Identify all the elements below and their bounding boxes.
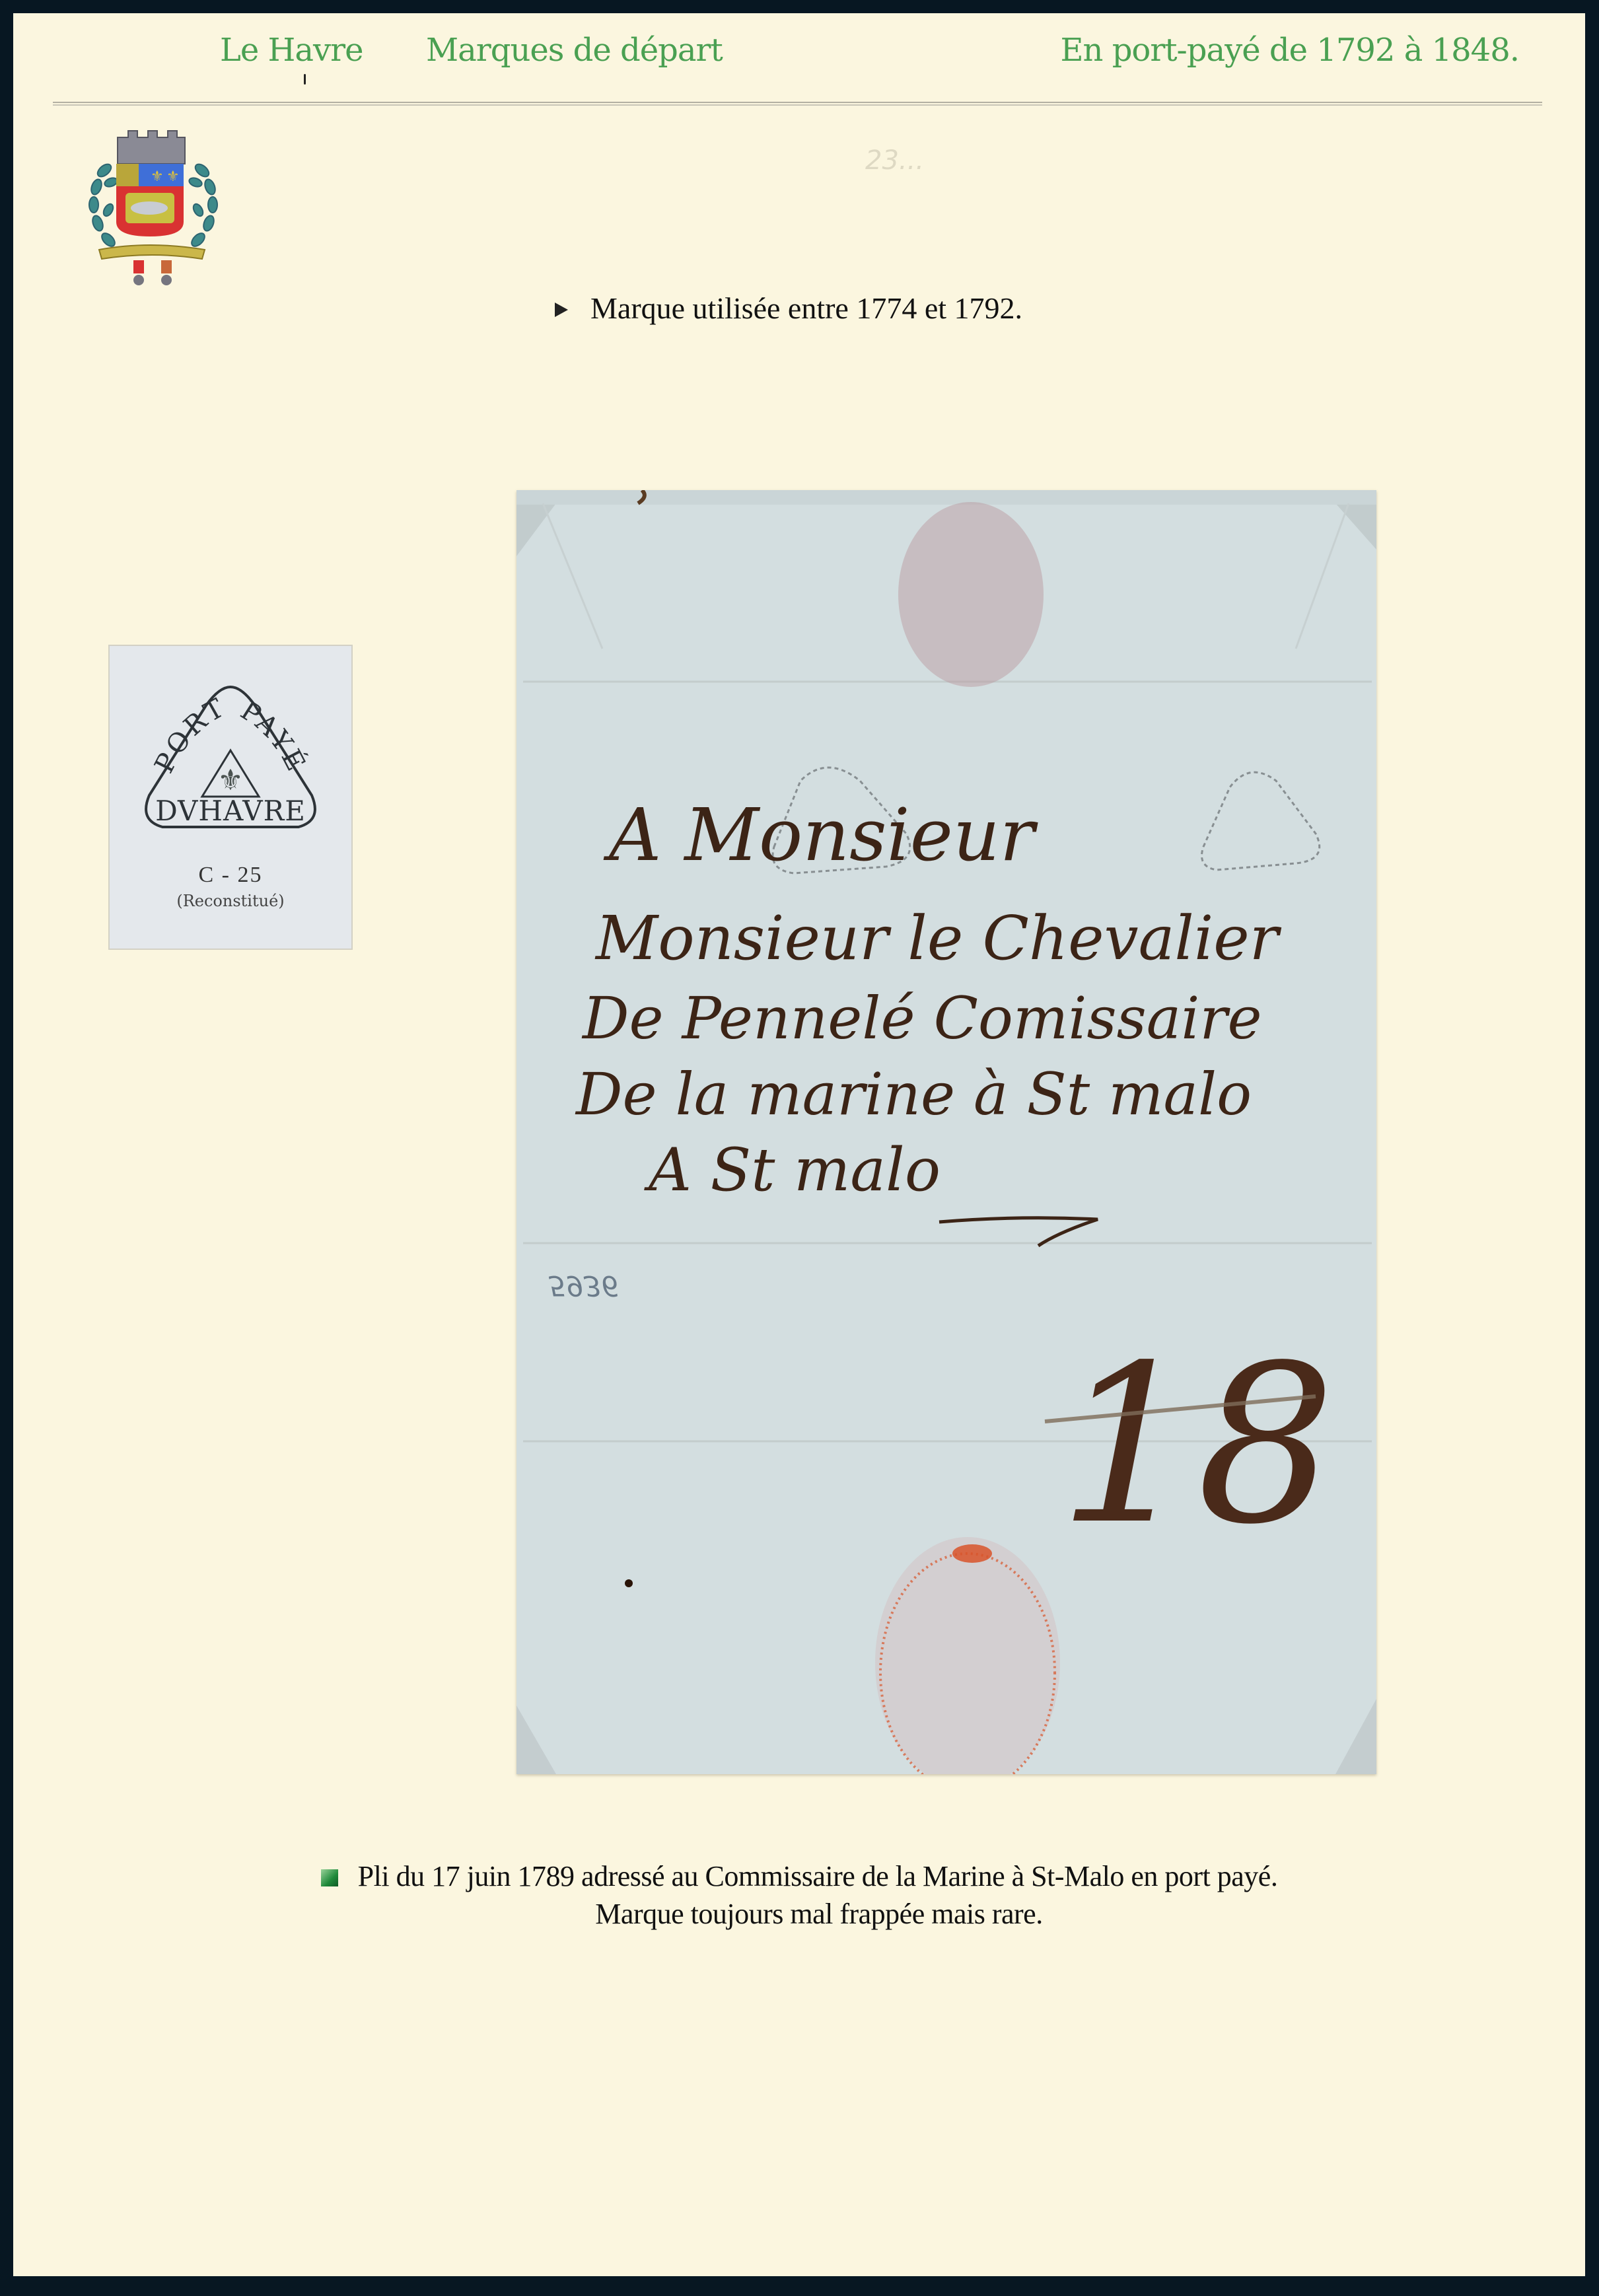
green-square-bullet-icon — [321, 1869, 338, 1886]
header-divider — [53, 102, 1542, 106]
stamp-catalog-code: C - 25 — [110, 863, 351, 888]
header-period: En port-payé de 1792 à 1848. — [1060, 32, 1519, 69]
wax-seal-top — [898, 502, 1044, 687]
svg-text:⚜: ⚜ — [166, 168, 180, 184]
svg-text:De la marine à St malo: De la marine à St malo — [575, 1060, 1252, 1128]
header-city: Le Havre — [220, 32, 363, 69]
svg-text:A St malo: A St malo — [644, 1135, 941, 1205]
svg-text:DVHAVRE: DVHAVRE — [155, 795, 306, 827]
svg-text:Monsieur le Chevalier: Monsieur le Chevalier — [594, 903, 1282, 974]
pencil-inventory-number: 5936 — [548, 1270, 619, 1302]
le-havre-coat-of-arms-icon: ⚜ ⚜ — [77, 124, 229, 289]
intro-line: Marque utilisée entre 1774 et 1792. — [555, 291, 1022, 326]
stamp-note: (Reconstitué) — [110, 892, 351, 910]
header-section: Marques de départ — [426, 32, 723, 69]
cover-letter-image: A Monsieur Monsieur le Chevalier De Penn… — [516, 490, 1376, 1774]
pencil-annotation: 23... — [865, 145, 924, 176]
svg-text:⚜: ⚜ — [217, 764, 243, 797]
arrow-bullet-icon — [555, 303, 568, 317]
port-paye-stamp-icon: ⚜ PORT PAYÉ DVHAVRE — [136, 679, 325, 857]
caption-line-2: Marque toujours mal frappée mais rare. — [13, 1897, 1585, 1931]
cover-caption: Pli du 17 juin 1789 adressé au Commissai… — [13, 1859, 1585, 1931]
svg-text:A Monsieur: A Monsieur — [603, 793, 1039, 877]
caption-line-1: Pli du 17 juin 1789 adressé au Commissai… — [358, 1859, 1278, 1893]
album-page: Le Havre Marques de départ En port-payé … — [13, 13, 1585, 2276]
stamp-reference-card: ⚜ PORT PAYÉ DVHAVRE C - 25 (Reconstitué) — [110, 646, 351, 949]
svg-text:De Pennelé Comissaire: De Pennelé Comissaire — [581, 984, 1262, 1052]
intro-text: Marque utilisée entre 1774 et 1792. — [590, 291, 1022, 326]
svg-text:⚜: ⚜ — [151, 168, 164, 184]
postage-rate-marking: 18 — [1058, 1318, 1335, 1572]
ink-mark — [304, 74, 306, 85]
